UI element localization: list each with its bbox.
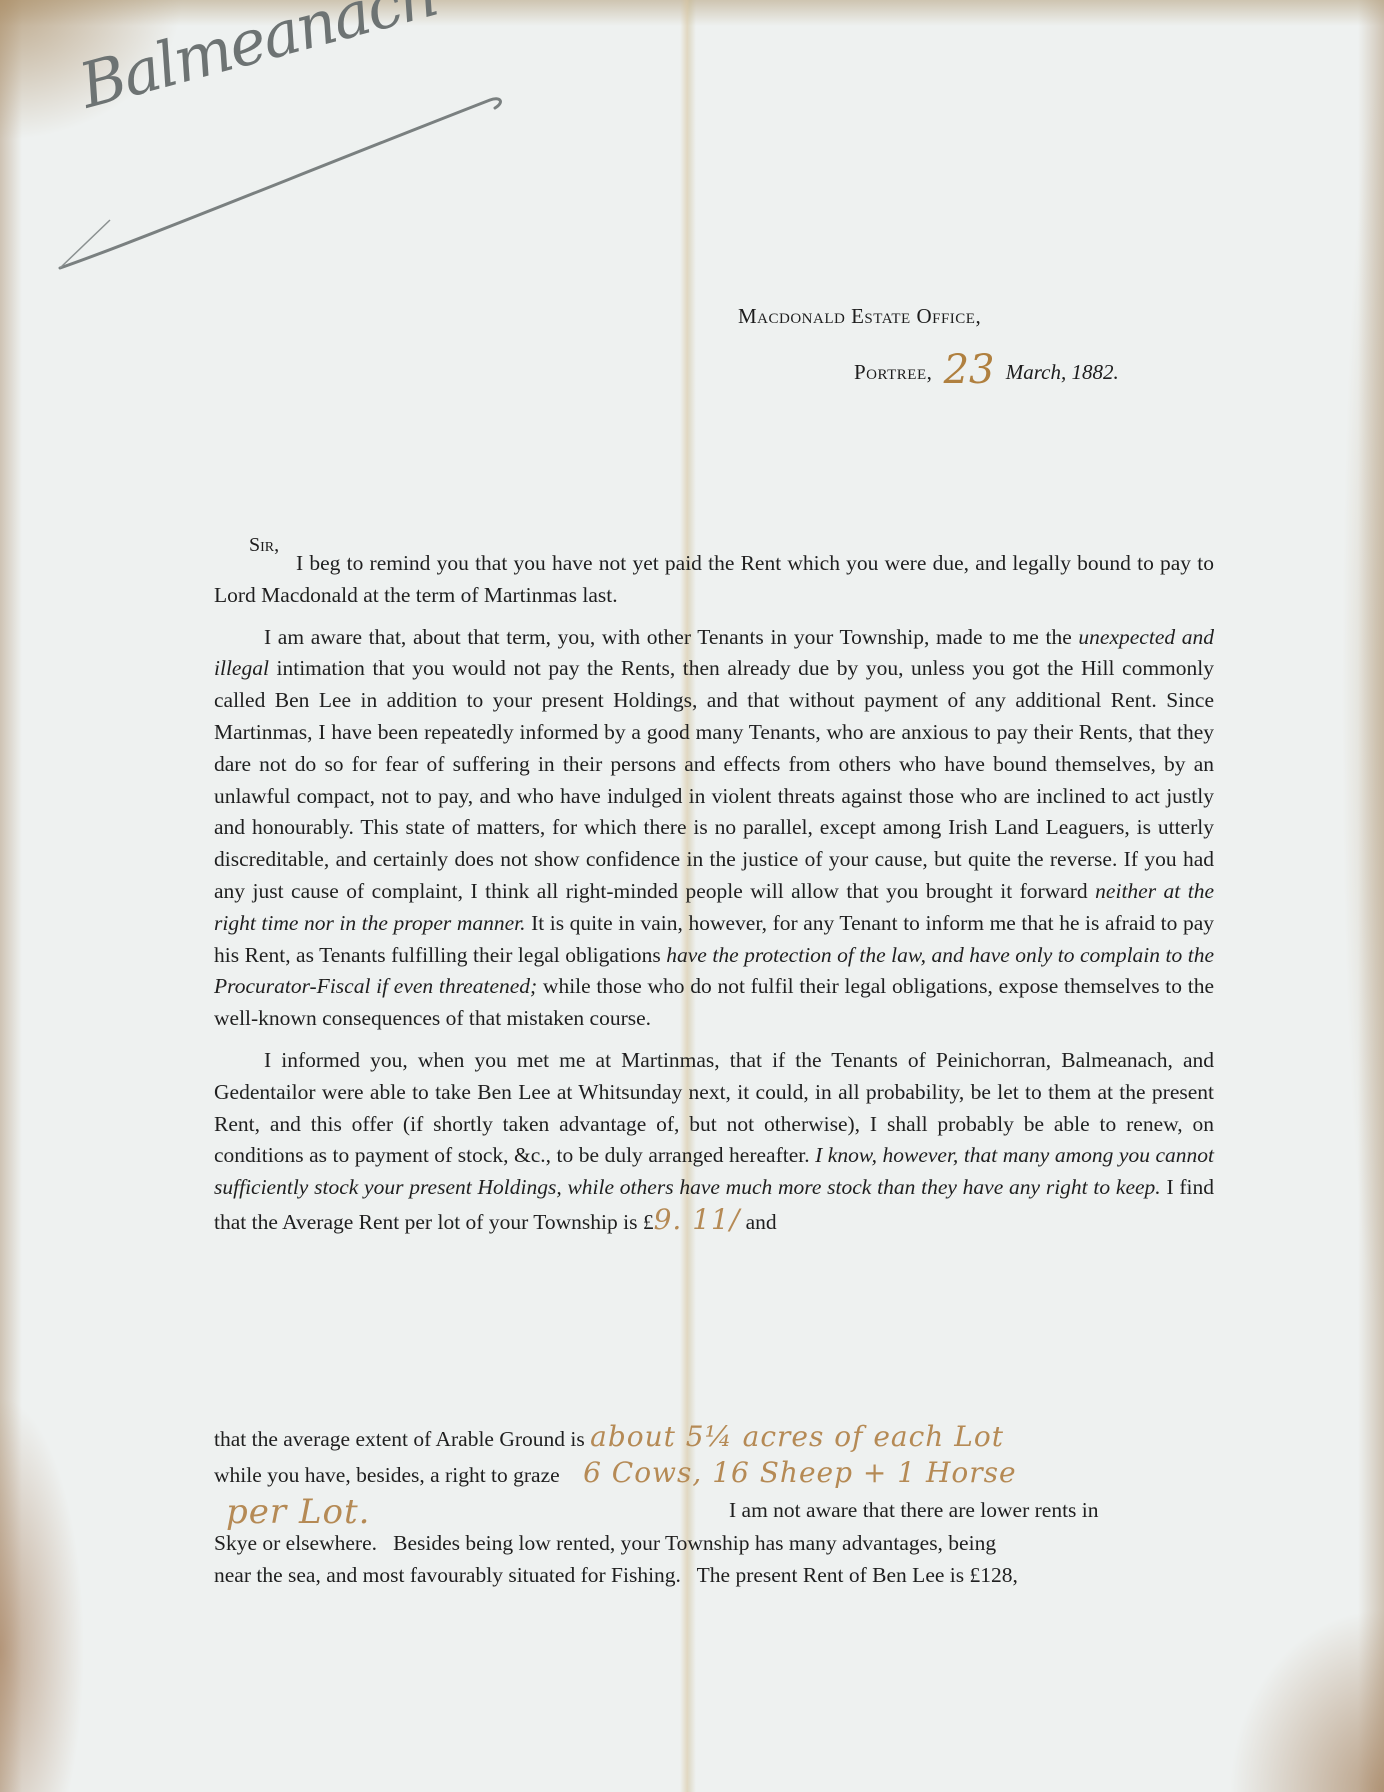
letterhead: Macdonald Estate Office, [738, 304, 981, 329]
paragraph-2: I am aware that, about that term, you, w… [214, 622, 1214, 1035]
closing-line-2: Skye or elsewhere. Besides being low ren… [214, 1531, 996, 1556]
paragraph-1: I beg to remind you that you have not ye… [214, 548, 1214, 612]
average-rent-suffix: and [746, 1210, 777, 1234]
paragraph-1-text: I beg to remind you that you have not ye… [214, 551, 1214, 607]
closing-line-1: I am not aware that there are lower rent… [729, 1498, 1099, 1523]
arable-label: that the average extent of Arable Ground… [214, 1427, 585, 1451]
handwritten-per-lot: per Lot. [226, 1492, 370, 1532]
handwritten-average-rent: 9. 11/ [654, 1203, 741, 1236]
dateline: Portree, 23 March, 1882. [854, 343, 1119, 389]
letter-body: I beg to remind you that you have not ye… [214, 548, 1214, 1249]
closing-line-3: near the sea, and most favourably situat… [214, 1563, 1018, 1588]
paragraph-3: I informed you, when you met me at Marti… [214, 1045, 1214, 1239]
handwritten-grazing-rights: 6 Cows, 16 Sheep + 1 Horse [583, 1456, 1017, 1489]
letter-page: Balmeanach Macdonald Estate Office, Port… [0, 0, 1384, 1792]
pencil-flourish-icon [50, 90, 520, 290]
dateline-month-year: March, 1882. [1006, 360, 1119, 384]
graze-line: while you have, besides, a right to graz… [214, 1456, 1017, 1489]
paragraph-2-text: intimation that you would not pay the Re… [214, 656, 1214, 903]
handwritten-arable-extent: about 5¼ acres of each Lot [590, 1420, 1004, 1453]
graze-label: while you have, besides, a right to graz… [214, 1463, 560, 1487]
handwritten-day: 23 [944, 347, 995, 393]
dateline-place: Portree, [854, 360, 932, 384]
paragraph-2-text: I am aware that, about that term, you, w… [264, 625, 1078, 649]
arable-line: that the average extent of Arable Ground… [214, 1420, 1004, 1453]
